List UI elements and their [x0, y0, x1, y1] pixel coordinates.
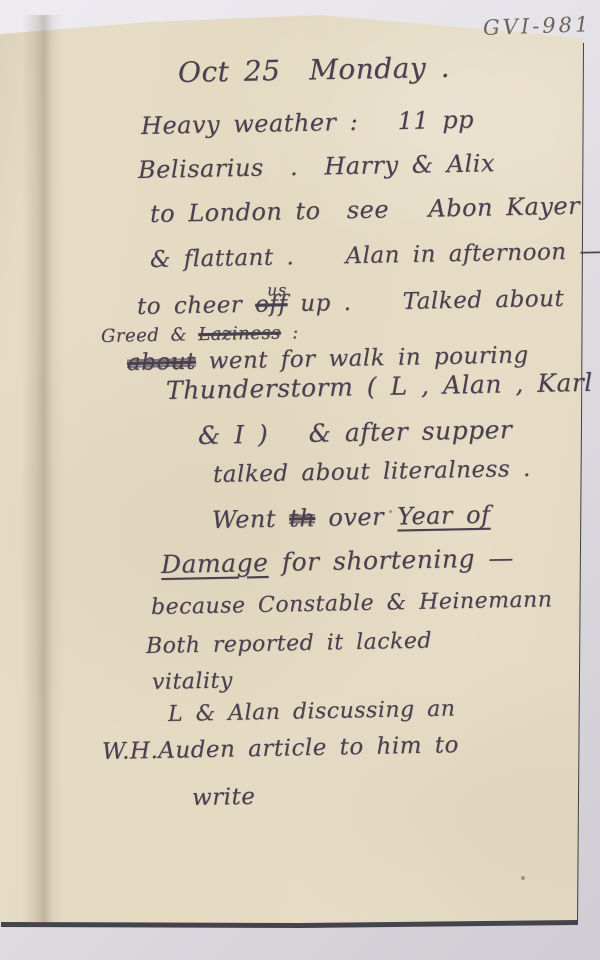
insertion-correction: usoff: [255, 291, 288, 318]
paper-speck: [521, 876, 525, 880]
line-text: write: [192, 784, 256, 811]
diary-line: & I ) & after supper: [198, 415, 513, 450]
struck-word: Laziness: [198, 323, 281, 346]
struck-word: th: [289, 504, 316, 532]
diary-line: write: [192, 784, 256, 811]
line-text: up . Talked about: [287, 286, 564, 317]
line-text: & I ) & after supper: [198, 415, 513, 450]
struck-word: about: [127, 349, 196, 376]
underlined-title: Damage: [161, 548, 269, 579]
line-text: for shortening —: [268, 543, 514, 577]
line-text: to cheer: [137, 292, 256, 320]
diary-line: Greed & Laziness :: [101, 322, 299, 347]
date-heading: Oct 25 Monday .: [178, 51, 451, 89]
line-text: Greed &: [101, 324, 199, 347]
inserted-word: us: [267, 280, 287, 299]
line-text: Went: [212, 505, 290, 534]
line-text: vitality: [152, 668, 233, 695]
diary-line: Went th over Year of: [212, 501, 491, 534]
diary-line: vitality: [152, 668, 233, 695]
catalog-number: GVI-981: [483, 12, 592, 40]
line-text: over: [315, 502, 397, 532]
line-text: :: [281, 322, 299, 343]
scan-background: GVI-981 Oct 25 Monday . Heavy weather : …: [0, 0, 600, 960]
underlined-title: Year of: [397, 501, 491, 531]
